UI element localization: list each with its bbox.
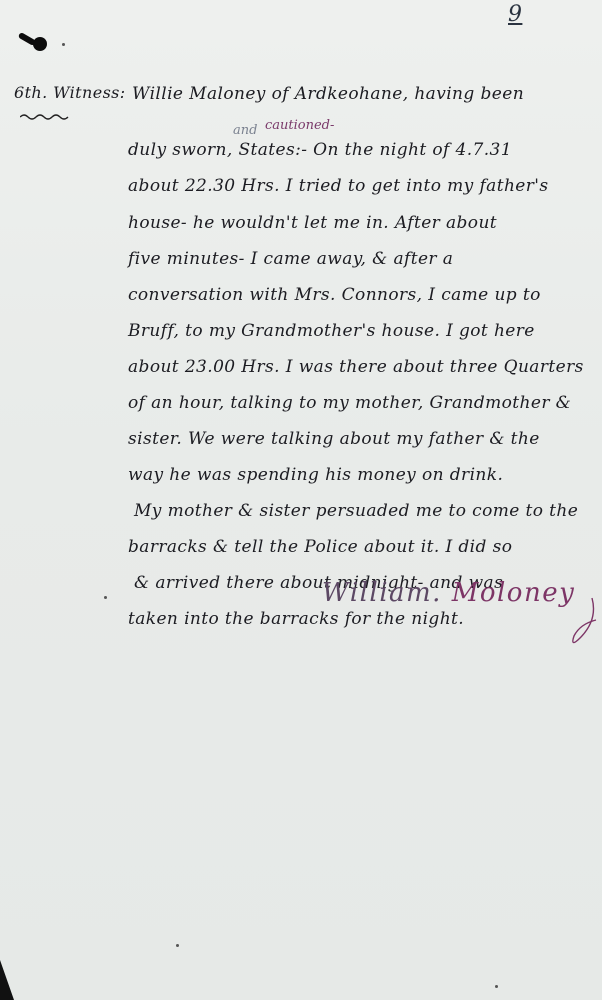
wavy-underline xyxy=(20,112,70,120)
statement-line-15: taken into the barracks for the night. xyxy=(128,609,464,629)
statement-line-12: My mother & sister persuaded me to come … xyxy=(134,501,578,521)
signature-flourish xyxy=(540,590,600,650)
ink-blot xyxy=(33,37,47,51)
page-corner-shadow xyxy=(0,960,14,1000)
paper-speck xyxy=(495,985,498,988)
signature-first-name: William. xyxy=(322,578,442,608)
statement-line-8: about 23.00 Hrs. I was there about three… xyxy=(128,357,584,377)
statement-line-4: house- he wouldn't let me in. After abou… xyxy=(128,213,497,233)
statement-line-9: of an hour, talking to my mother, Grandm… xyxy=(128,393,571,413)
statement-line-1: Willie Maloney of Ardkeohane, having bee… xyxy=(132,84,524,104)
statement-line-3: about 22.30 Hrs. I tried to get into my … xyxy=(128,176,548,196)
statement-line-5: five minutes- I came away, & after a xyxy=(128,249,453,269)
inserted-word-cautioned: cautioned- xyxy=(265,118,334,133)
statement-line-6: conversation with Mrs. Connors, I came u… xyxy=(128,285,541,305)
paper-speck xyxy=(62,43,65,46)
paper-speck xyxy=(104,596,107,599)
statement-line-2: duly sworn, States:- On the night of 4.7… xyxy=(128,140,512,160)
page-number: 9 xyxy=(508,2,522,27)
statement-line-11: way he was spending his money on drink. xyxy=(128,465,503,485)
paper-speck xyxy=(176,944,179,947)
statement-line-10: sister. We were talking about my father … xyxy=(128,429,540,449)
signature: William. Moloney xyxy=(322,578,575,608)
document-page: 9 6th. Witness: and cautioned- Willie Ma… xyxy=(0,0,602,1000)
statement-line-13: barracks & tell the Police about it. I d… xyxy=(128,537,512,557)
inserted-word-and: and xyxy=(233,123,257,138)
statement-line-7: Bruff, to my Grandmother's house. I got … xyxy=(128,321,535,341)
witness-heading: 6th. Witness: xyxy=(14,83,126,102)
